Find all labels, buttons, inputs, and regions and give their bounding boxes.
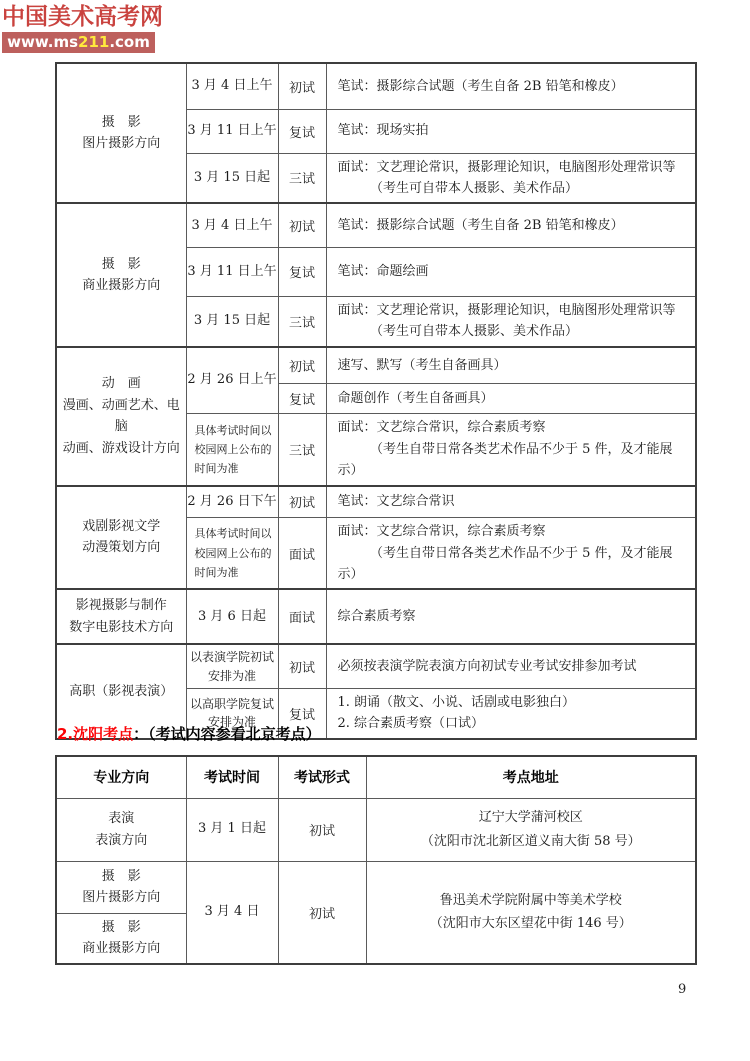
table-row: 戏剧影视文学 动漫策划方向 2 月 26 日下午 初试 笔试：文艺综合常识: [56, 486, 696, 518]
exam-content-cell: 面试：文艺理论常识，摄影理论知识，电脑图形处理常识等 （考生可自带本人摄影、美术…: [326, 153, 696, 203]
table-row: 摄 影 图片摄影方向 3 月 4 日 初试 鲁迅美术学院附属中等美术学校 （沈阳…: [56, 861, 696, 913]
table-row: 高职（影视表演） 以表演学院初试 安排为准 初试 必须按表演学院表演方向初试专业…: [56, 644, 696, 688]
exam-content-cell: 命题创作（考生自备画具）: [326, 384, 696, 414]
exam-type-cell: 初试: [278, 347, 326, 384]
exam-content-cell: 面试：文艺综合常识，综合素质考察 （考生自带日常各类艺术作品不少于 5 件，及才…: [326, 414, 696, 486]
exam-content-cell: 面试：文艺综合常识，综合素质考察 （考生自带日常各类艺术作品不少于 5 件，及才…: [326, 518, 696, 590]
exam-type-cell: 复试: [278, 109, 326, 153]
site-address-cell: 辽宁大学蒲河校区 （沈阳市沈北新区道义南大街 58 号）: [366, 798, 696, 861]
section-title: 沈阳考点: [73, 725, 133, 743]
header-major-direction: 专业方向: [56, 756, 186, 798]
exam-content-cell: 综合素质考察: [326, 589, 696, 644]
section-number: 2.: [57, 725, 73, 743]
exam-content-cell: 笔试：摄影综合试题（考生自备 2B 铅笔和橡皮）: [326, 203, 696, 247]
direction-cell: 摄 影 图片摄影方向: [56, 63, 186, 203]
exam-content-cell: 笔试：摄影综合试题（考生自备 2B 铅笔和橡皮）: [326, 63, 696, 109]
direction-cell: 戏剧影视文学 动漫策划方向: [56, 486, 186, 590]
table-row: 摄 影 商业摄影方向 3 月 4 日上午 初试 笔试：摄影综合试题（考生自备 2…: [56, 203, 696, 247]
shenyang-exam-site-table: 专业方向 考试时间 考试形式 考点地址 表演 表演方向 3 月 1 日起 初试 …: [55, 755, 697, 965]
beijing-exam-schedule-table: 摄 影 图片摄影方向 3 月 4 日上午 初试 笔试：摄影综合试题（考生自备 2…: [55, 62, 697, 740]
table-header-row: 专业方向 考试时间 考试形式 考点地址: [56, 756, 696, 798]
header-site-address: 考点地址: [366, 756, 696, 798]
exam-type-cell: 复试: [278, 384, 326, 414]
exam-time-cell: 以表演学院初试 安排为准: [186, 644, 278, 688]
exam-type-cell: 面试: [278, 589, 326, 644]
site-logo-title: 中国美术高考网: [2, 3, 163, 31]
exam-type-cell: 三试: [278, 153, 326, 203]
exam-type-cell: 初试: [278, 486, 326, 518]
exam-content-cell: 必须按表演学院表演方向初试专业考试安排参加考试: [326, 644, 696, 688]
exam-type-cell: 面试: [278, 518, 326, 590]
exam-type-cell: 三试: [278, 296, 326, 346]
exam-content-cell: 笔试：现场实拍: [326, 109, 696, 153]
exam-time-cell: 3 月 15 日起: [186, 296, 278, 346]
header-exam-form: 考试形式: [278, 756, 366, 798]
exam-time-cell: 3 月 4 日: [186, 861, 278, 964]
site-url-highlight: 211: [78, 33, 109, 51]
section-note: （考试内容参看北京考点）: [148, 725, 321, 743]
site-url-prefix: www.ms: [7, 33, 78, 51]
table-row: 动 画 漫画、动画艺术、电脑 动画、游戏设计方向 2 月 26 日上午 初试 速…: [56, 347, 696, 384]
exam-content-cell: 笔试：命题绘画: [326, 247, 696, 296]
site-url-suffix: .com: [109, 33, 150, 51]
direction-cell: 影视摄影与制作 数字电影技术方向: [56, 589, 186, 644]
exam-time-cell: 具体考试时间以校园网上公布的时间为准: [186, 518, 278, 590]
table-row: 摄 影 图片摄影方向 3 月 4 日上午 初试 笔试：摄影综合试题（考生自备 2…: [56, 63, 696, 109]
section-heading-shenyang: 2.沈阳考点：（考试内容参看北京考点）: [57, 723, 321, 744]
direction-cell: 摄 影 商业摄影方向: [56, 913, 186, 964]
exam-time-cell: 3 月 4 日上午: [186, 63, 278, 109]
direction-cell: 摄 影 商业摄影方向: [56, 203, 186, 346]
exam-type-cell: 初试: [278, 63, 326, 109]
exam-time-cell: 3 月 11 日上午: [186, 247, 278, 296]
exam-content-cell: 面试：文艺理论常识，摄影理论知识，电脑图形处理常识等 （考生可自带本人摄影、美术…: [326, 296, 696, 346]
exam-form-cell: 初试: [278, 861, 366, 964]
exam-type-cell: 初试: [278, 644, 326, 688]
section-colon: ：: [133, 725, 148, 743]
page-number: 9: [678, 982, 686, 997]
exam-time-cell: 3 月 6 日起: [186, 589, 278, 644]
exam-time-cell: 3 月 1 日起: [186, 798, 278, 861]
exam-type-cell: 初试: [278, 203, 326, 247]
exam-time-cell: 3 月 15 日起: [186, 153, 278, 203]
exam-content-cell: 笔试：文艺综合常识: [326, 486, 696, 518]
exam-type-cell: 复试: [278, 247, 326, 296]
direction-cell: 表演 表演方向: [56, 798, 186, 861]
site-logo: 中国美术高考网 www.ms211.com: [2, 3, 163, 53]
exam-time-cell: 3 月 11 日上午: [186, 109, 278, 153]
exam-content-cell: 1. 朗诵（散文、小说、话剧或电影独白） 2. 综合素质考察（口试）: [326, 688, 696, 738]
site-address-cell: 鲁迅美术学院附属中等美术学校 （沈阳市大东区望花中街 146 号）: [366, 861, 696, 964]
exam-time-cell: 2 月 26 日上午: [186, 347, 278, 414]
exam-time-cell: 2 月 26 日下午: [186, 486, 278, 518]
table-row: 表演 表演方向 3 月 1 日起 初试 辽宁大学蒲河校区 （沈阳市沈北新区道义南…: [56, 798, 696, 861]
direction-cell: 动 画 漫画、动画艺术、电脑 动画、游戏设计方向: [56, 347, 186, 486]
exam-type-cell: 三试: [278, 414, 326, 486]
direction-cell: 摄 影 图片摄影方向: [56, 861, 186, 913]
site-url-banner: www.ms211.com: [2, 32, 155, 53]
table-row: 影视摄影与制作 数字电影技术方向 3 月 6 日起 面试 综合素质考察: [56, 589, 696, 644]
exam-content-cell: 速写、默写（考生自备画具）: [326, 347, 696, 384]
exam-time-cell: 3 月 4 日上午: [186, 203, 278, 247]
header-exam-time: 考试时间: [186, 756, 278, 798]
exam-form-cell: 初试: [278, 798, 366, 861]
exam-time-cell: 具体考试时间以校园网上公布的时间为准: [186, 414, 278, 486]
